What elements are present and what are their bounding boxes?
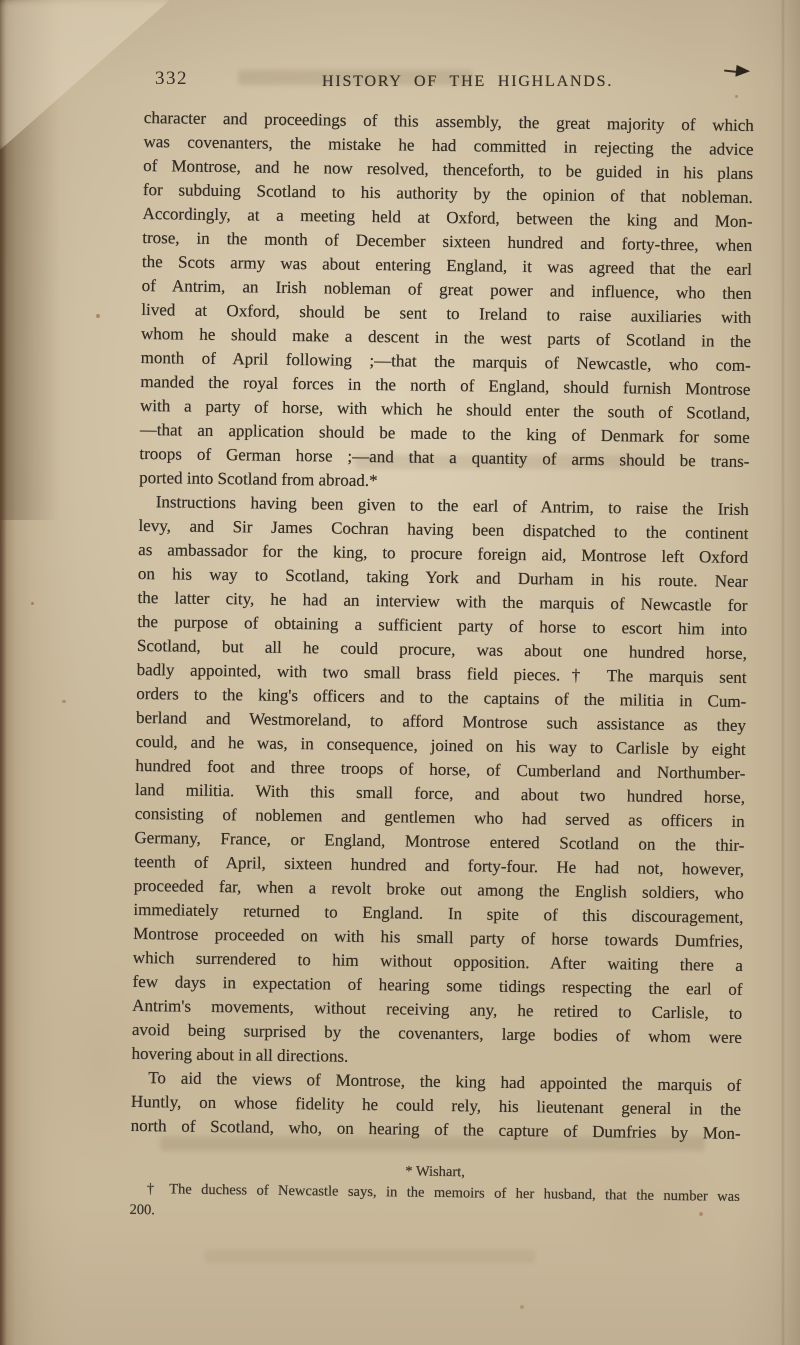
running-title: HISTORY OF THE HIGHLANDS. xyxy=(322,73,613,91)
paper-speck xyxy=(96,314,100,318)
show-through-text xyxy=(205,1250,535,1263)
paper-speck xyxy=(735,95,738,98)
ink-mark-head xyxy=(735,65,750,78)
paper-speck xyxy=(520,1305,524,1309)
paper-speck xyxy=(62,700,66,703)
paragraph: character and proceedings of this assemb… xyxy=(139,106,754,498)
paragraph: Instructions having been given to the ea… xyxy=(131,490,748,1074)
page-number: 332 xyxy=(155,68,188,90)
ink-mark xyxy=(723,63,752,80)
footnotes: * Wishart, † The duchess of Newcastle sa… xyxy=(129,1158,740,1229)
paper-speck xyxy=(31,602,34,605)
book-page-scan: 332 HISTORY OF THE HIGHLANDS. character … xyxy=(0,0,800,1345)
paragraph: To aid the views of Montrose, the king h… xyxy=(131,1066,742,1146)
body-text: character and proceedings of this assemb… xyxy=(131,106,754,1146)
page-text: character and proceedings of this assemb… xyxy=(129,106,754,1229)
page-crease-line xyxy=(781,0,785,1345)
